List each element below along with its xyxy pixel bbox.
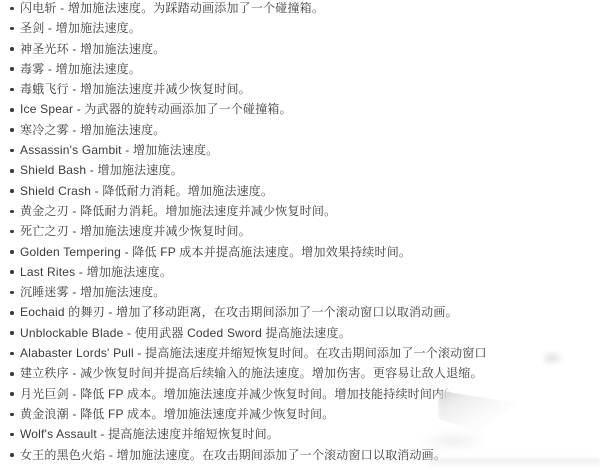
bullet-icon (10, 433, 14, 437)
bullet-icon (10, 230, 14, 234)
bullet-icon (10, 108, 14, 112)
bullet-icon (10, 169, 14, 173)
list-item: Last Rites - 增加施法速度。 (0, 262, 600, 282)
list-item: 寒冷之雾 - 增加施法速度。 (0, 120, 600, 140)
list-item: Assassin's Gambit - 增加施法速度。 (0, 140, 600, 160)
list-item-text: Alabaster Lords' Pull - 提高施法速度并缩短恢复时间。在攻… (20, 346, 487, 360)
list-item: 死亡之刃 - 增加施法速度并减少恢复时间。 (0, 221, 600, 241)
list-item-text: 黄金浪潮 - 降低 FP 成本。增加施法速度并减少恢复时间。 (20, 407, 334, 421)
list-item-text: Assassin's Gambit - 增加施法速度。 (20, 143, 218, 157)
list-item-text: 建立秩序 - 减少恢复时间并提高后续输入的施法速度。增加伤害。更容易让敌人退缩。 (20, 366, 483, 380)
bullet-icon (10, 189, 14, 193)
bullet-icon (10, 210, 14, 214)
list-item-text: Shield Bash - 增加施法速度。 (20, 163, 183, 177)
bullet-icon (10, 372, 14, 376)
list-item: Shield Bash - 增加施法速度。 (0, 160, 600, 180)
list-item: Unblockable Blade - 使用武器 Coded Sword 提高施… (0, 323, 600, 343)
bullet-icon (10, 413, 14, 417)
list-item-text: Last Rites - 增加施法速度。 (20, 265, 172, 279)
list-item-text: Ice Spear - 为武器的旋转动画添加了一个碰撞箱。 (20, 102, 292, 116)
bullet-icon (10, 311, 14, 315)
bullet-icon (10, 352, 14, 356)
list-item-text: 闪电斩 - 增加施法速度。为踩踏动画添加了一个碰撞箱。 (20, 1, 324, 15)
list-item-text: 寒冷之雾 - 增加施法速度。 (20, 123, 165, 137)
list-item-text: 黄金之刃 - 降低耐力消耗。增加施法速度并减少恢复时间。 (20, 204, 336, 218)
bullet-icon (10, 453, 14, 457)
bullet-icon (10, 88, 14, 92)
bullet-icon (10, 291, 14, 295)
bullet-icon (10, 250, 14, 254)
list-item: Shield Crash - 降低耐力消耗。增加施法速度。 (0, 181, 600, 201)
bullet-icon (10, 149, 14, 153)
bullet-icon (10, 331, 14, 335)
list-item: Alabaster Lords' Pull - 提高施法速度并缩短恢复时间。在攻… (0, 343, 600, 363)
list-item-text: 沉睡迷雾 - 增加施法速度。 (20, 285, 165, 299)
list-item-text: Shield Crash - 降低耐力消耗。增加施法速度。 (20, 184, 273, 198)
list-item-text: Golden Tempering - 降低 FP 成本并提高施法速度。增加效果持… (20, 245, 411, 259)
list-item: 闪电斩 - 增加施法速度。为踩踏动画添加了一个碰撞箱。 (0, 0, 600, 18)
bullet-icon (10, 67, 14, 71)
list-item: 毒雾 - 增加施法速度。 (0, 59, 600, 79)
list-item-text: 女王的黑色火焰 - 增加施法速度。在攻击期间添加了一个滚动窗口以取消动画。 (20, 448, 446, 462)
list-item: 毒蛾飞行 - 增加施法速度并减少恢复时间。 (0, 79, 600, 99)
list-item-text: 月光巨剑 - 降低 FP 成本。增加施法速度并减少恢复时间。增加技能持续时间内的… (20, 387, 493, 401)
list-item: 建立秩序 - 减少恢复时间并提高后续输入的施法速度。增加伤害。更容易让敌人退缩。 (0, 363, 600, 383)
list-item: 沉睡迷雾 - 增加施法速度。 (0, 282, 600, 302)
list-item-text: Wolf's Assault - 提高施法速度并缩短恢复时间。 (20, 427, 279, 441)
bullet-icon (10, 7, 14, 11)
bullet-icon (10, 47, 14, 51)
list-item: 黄金浪潮 - 降低 FP 成本。增加施法速度并减少恢复时间。 (0, 404, 600, 424)
list-item: Ice Spear - 为武器的旋转动画添加了一个碰撞箱。 (0, 99, 600, 119)
bullet-icon (10, 128, 14, 132)
list-item: 神圣光环 - 增加施法速度。 (0, 39, 600, 59)
bullet-icon (10, 270, 14, 274)
list-item: 圣剑 - 增加施法速度。 (0, 18, 600, 38)
bullet-icon (10, 392, 14, 396)
list-item-text: 毒蛾飞行 - 增加施法速度并减少恢复时间。 (20, 82, 251, 96)
list-item: 黄金之刃 - 降低耐力消耗。增加施法速度并减少恢复时间。 (0, 201, 600, 221)
list-item: 月光巨剑 - 降低 FP 成本。增加施法速度并减少恢复时间。增加技能持续时间内的… (0, 384, 600, 404)
list-item: 女王的黑色火焰 - 增加施法速度。在攻击期间添加了一个滚动窗口以取消动画。 (0, 445, 600, 465)
list-item: Golden Tempering - 降低 FP 成本并提高施法速度。增加效果持… (0, 242, 600, 262)
list-item-text: 毒雾 - 增加施法速度。 (20, 62, 141, 76)
list-item-text: 圣剑 - 增加施法速度。 (20, 21, 141, 35)
list-item-text: 死亡之刃 - 增加施法速度并减少恢复时间。 (20, 224, 251, 238)
list-item-text: 神圣光环 - 增加施法速度。 (20, 42, 165, 56)
patch-notes-page: 闪电斩 - 增加施法速度。为踩踏动画添加了一个碰撞箱。圣剑 - 增加施法速度。神… (0, 0, 600, 467)
patch-notes-list: 闪电斩 - 增加施法速度。为踩踏动画添加了一个碰撞箱。圣剑 - 增加施法速度。神… (0, 0, 600, 465)
bullet-icon (10, 27, 14, 31)
list-item: Wolf's Assault - 提高施法速度并缩短恢复时间。 (0, 424, 600, 444)
list-item-text: Unblockable Blade - 使用武器 Coded Sword 提高施… (20, 326, 351, 340)
list-item: Eochaid 的舞刃 - 增加了移动距离，在攻击期间添加了一个滚动窗口以取消动… (0, 302, 600, 322)
list-item-text: Eochaid 的舞刃 - 增加了移动距离，在攻击期间添加了一个滚动窗口以取消动… (20, 305, 458, 319)
